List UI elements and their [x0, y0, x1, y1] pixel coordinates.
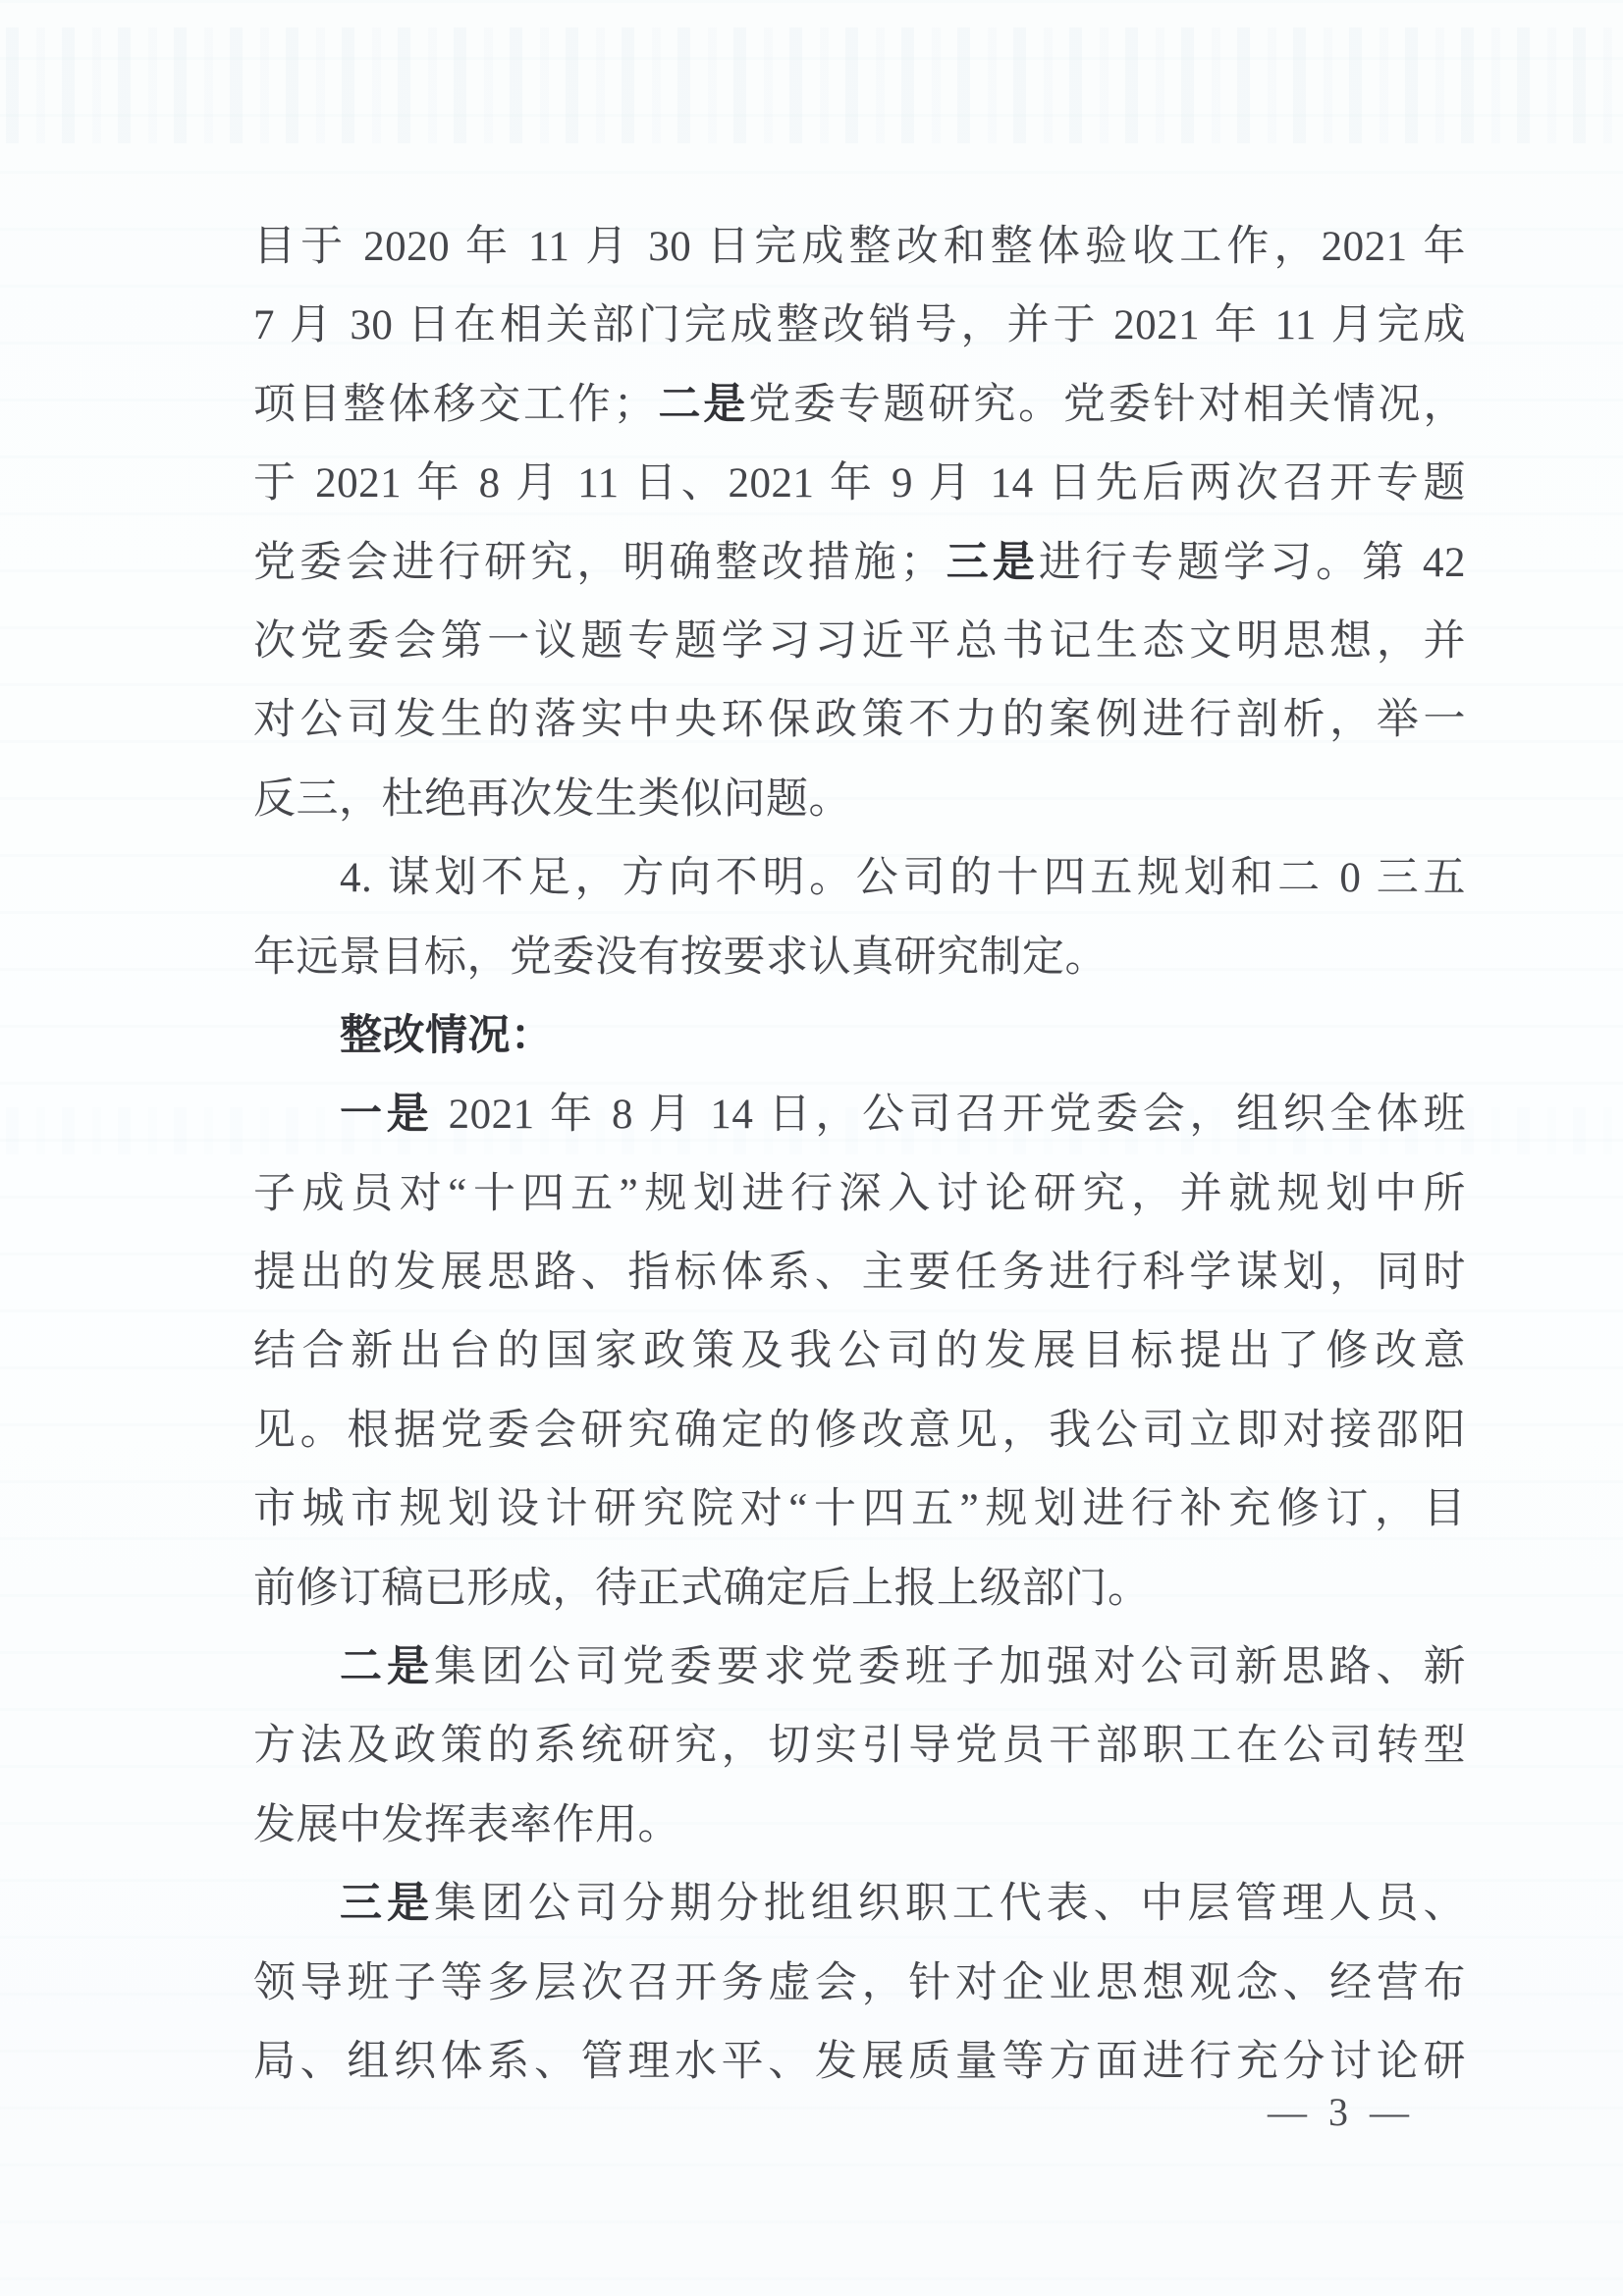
text-line: 领导班子等多层次召开务虚会，针对企业思想观念、经营布: [253, 1945, 1466, 2023]
text-run-bold: 三是: [943, 540, 1039, 586]
text-line: 市城市规划设计研究院对“十四五”规划进行补充修订，目: [253, 1470, 1466, 1549]
text-line: 整改情况：: [253, 997, 1466, 1076]
text-run: 进行专题学习。第 42: [1039, 540, 1466, 586]
text-run: 前修订稿已形成，待正式确定后上报上级部门。: [253, 1566, 1151, 1612]
text-run: 见。根据党委会研究确定的修改意见，我公司立即对接邵阳: [253, 1408, 1466, 1454]
text-run: 集团公司分期分批组织职工代表、中层管理人员、: [434, 1881, 1466, 1927]
text-run: 对公司发生的落实中央环保政策不力的案例进行剖析，举一: [253, 697, 1466, 743]
text-line: 项目整体移交工作；二是党委专题研究。党委针对相关情况，: [253, 366, 1466, 445]
text-run-bold: 整改情况：: [340, 1013, 554, 1059]
document-page: 目于 2020 年 11 月 30 日完成整改和整体验收工作，2021 年7 月…: [0, 0, 1623, 2296]
text-run-bold: 二是: [656, 382, 748, 428]
text-run: 市城市规划设计研究院对“十四五”规划进行补充修订，目: [253, 1486, 1466, 1532]
text-line: 前修订稿已形成，待正式确定后上报上级部门。: [253, 1550, 1466, 1629]
text-run: 7 月 30 日在相关部门完成整改销号，并于 2021 年 11 月完成: [253, 302, 1466, 348]
text-run: 党委会进行研究，明确整改措施；: [253, 540, 943, 586]
text-line: 4. 谋划不足，方向不明。公司的十四五规划和二 0 三五: [253, 839, 1466, 918]
page-number: — 3 —: [1268, 2090, 1415, 2134]
text-run: 2021 年 8 月 14 日，公司召开党委会，组织全体班: [433, 1092, 1466, 1138]
text-run: 4. 谋划不足，方向不明。公司的十四五规划和二 0 三五: [340, 855, 1466, 901]
text-run-bold: 三是: [340, 1881, 434, 1927]
text-run: 集团公司党委要求党委班子加强对公司新思路、新: [434, 1644, 1466, 1690]
text-line: 二是集团公司党委要求党委班子加强对公司新思路、新: [253, 1629, 1466, 1707]
text-line: 发展中发挥表率作用。: [253, 1787, 1466, 1865]
text-run: 于 2021 年 8 月 11 日、2021 年 9 月 14 日先后两次召开专…: [253, 460, 1466, 507]
text-line: 提出的发展思路、指标体系、主要任务进行科学谋划，同时: [253, 1234, 1466, 1312]
text-line: 于 2021 年 8 月 11 日、2021 年 9 月 14 日先后两次召开专…: [253, 445, 1466, 523]
text-run: 年远景目标，党委没有按要求认真研究制定。: [253, 934, 1108, 981]
text-line: 年远景目标，党委没有按要求认真研究制定。: [253, 919, 1466, 997]
document-body: 目于 2020 年 11 月 30 日完成整改和整体验收工作，2021 年7 月…: [253, 208, 1466, 2102]
text-line: 三是集团公司分期分批组织职工代表、中层管理人员、: [253, 1865, 1466, 1944]
text-run: 领导班子等多层次召开务虚会，针对企业思想观念、经营布: [253, 1960, 1466, 2006]
text-line: 结合新出台的国家政策及我公司的发展目标提出了修改意: [253, 1312, 1466, 1391]
text-run: 项目整体移交工作；: [253, 382, 656, 428]
text-line: 对公司发生的落实中央环保政策不力的案例进行剖析，举一: [253, 681, 1466, 760]
text-line: 反三，杜绝再次发生类似问题。: [253, 761, 1466, 839]
text-line: 子成员对“十四五”规划进行深入讨论研究，并就规划中所: [253, 1155, 1466, 1234]
text-run: 次党委会第一议题专题学习习近平总书记生态文明思想，并: [253, 618, 1466, 665]
text-run-bold: 二是: [340, 1644, 434, 1690]
text-run: 党委专题研究。党委针对相关情况，: [748, 382, 1466, 428]
text-run: 结合新出台的国家政策及我公司的发展目标提出了修改意: [253, 1328, 1466, 1374]
text-line: 党委会进行研究，明确整改措施；三是进行专题学习。第 42: [253, 524, 1466, 603]
text-run: 提出的发展思路、指标体系、主要任务进行科学谋划，同时: [253, 1250, 1466, 1296]
text-run: 方法及政策的系统研究，切实引导党员干部职工在公司转型: [253, 1723, 1466, 1769]
scan-artifact-top: [6, 27, 1617, 143]
page-footer: — 3 —: [1268, 2089, 1415, 2135]
text-run: 反三，杜绝再次发生类似问题。: [253, 776, 851, 823]
text-run: 局、组织体系、管理水平、发展质量等方面进行充分讨论研: [253, 2039, 1466, 2085]
text-line: 见。根据党委会研究确定的修改意见，我公司立即对接邵阳: [253, 1392, 1466, 1470]
text-run: 目于 2020 年 11 月 30 日完成整改和整体验收工作，2021 年: [253, 224, 1466, 270]
text-line: 7 月 30 日在相关部门完成整改销号，并于 2021 年 11 月完成: [253, 287, 1466, 365]
text-run: 子成员对“十四五”规划进行深入讨论研究，并就规划中所: [253, 1171, 1466, 1217]
text-line: 目于 2020 年 11 月 30 日完成整改和整体验收工作，2021 年: [253, 208, 1466, 287]
text-run: 发展中发挥表率作用。: [253, 1802, 680, 1848]
text-line: 方法及政策的系统研究，切实引导党员干部职工在公司转型: [253, 1707, 1466, 1786]
text-run-bold: 一是: [340, 1092, 433, 1138]
text-line: 次党委会第一议题专题学习习近平总书记生态文明思想，并: [253, 603, 1466, 681]
text-line: 一是 2021 年 8 月 14 日，公司召开党委会，组织全体班: [253, 1076, 1466, 1154]
